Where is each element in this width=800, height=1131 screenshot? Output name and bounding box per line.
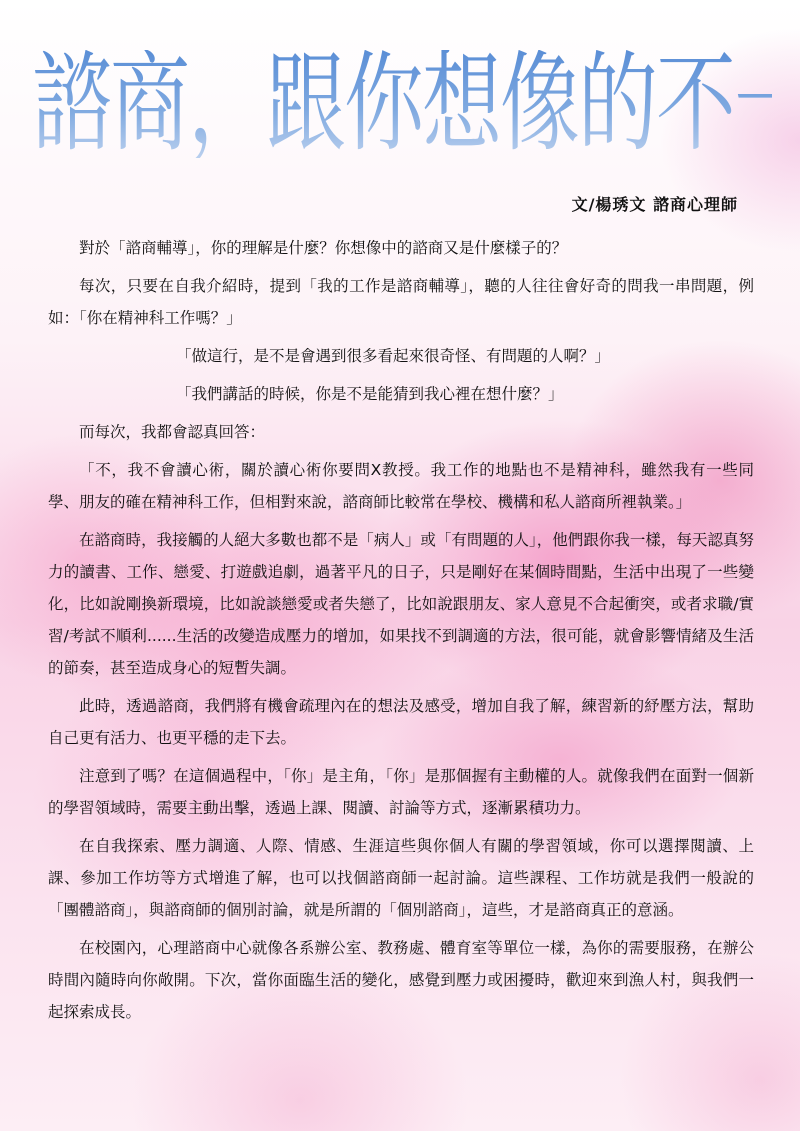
paragraph-counseling-benefit: 此時，透過諮商，我們將有機會疏理內在的想法及感受，增加自我了解，練習新的紓壓方法… xyxy=(48,690,754,754)
paragraph-campus-center: 在校園內，心理諮商中心就像各系辦公室、教務處、體育室等單位一樣，為你的需要服務，… xyxy=(48,932,754,1028)
quote-question-mind-reading: 「我們講話的時候，你是不是能猜到我心裡在想什麼？」 xyxy=(48,378,754,410)
paragraph-answer-lead: 而每次，我都會認真回答： xyxy=(48,416,754,448)
paragraph-you-are-protagonist: 注意到了嗎？在這個過程中，「你」是主角，「你」是那個握有主動權的人。就像我們在面… xyxy=(48,760,754,824)
article-title: 諮商，跟你想像的不一樣！ xyxy=(32,50,772,158)
quote-question-strange-people: 「做這行，是不是會遇到很多看起來很奇怪、有問題的人啊？」 xyxy=(48,340,754,372)
paragraph-answer: 「不，我不會讀心術，關於讀心術你要問X教授。我工作的地點也不是精神科，雖然我有一… xyxy=(48,454,754,518)
author-byline: 文/楊琇文 諮商心理師 xyxy=(572,192,738,215)
paragraph-intro: 對於「諮商輔導」，你的理解是什麼？你想像中的諮商又是什麼樣子的？ xyxy=(48,232,754,264)
paragraph-questions: 每次，只要在自我介紹時，提到「我的工作是諮商輔導」，聽的人往往會好奇的問我一串問… xyxy=(48,270,754,334)
article-body: 對於「諮商輔導」，你的理解是什麼？你想像中的諮商又是什麼樣子的？ 每次，只要在自… xyxy=(48,232,754,1034)
paragraph-clients: 在諮商時，我接觸的人絕大多數也都不是「病人」或「有問題的人」，他們跟你我一樣，每… xyxy=(48,524,754,684)
paragraph-counseling-meaning: 在自我探索、壓力調適、人際、情感、生涯這些與你個人有關的學習領域，你可以選擇閱讀… xyxy=(48,830,754,926)
